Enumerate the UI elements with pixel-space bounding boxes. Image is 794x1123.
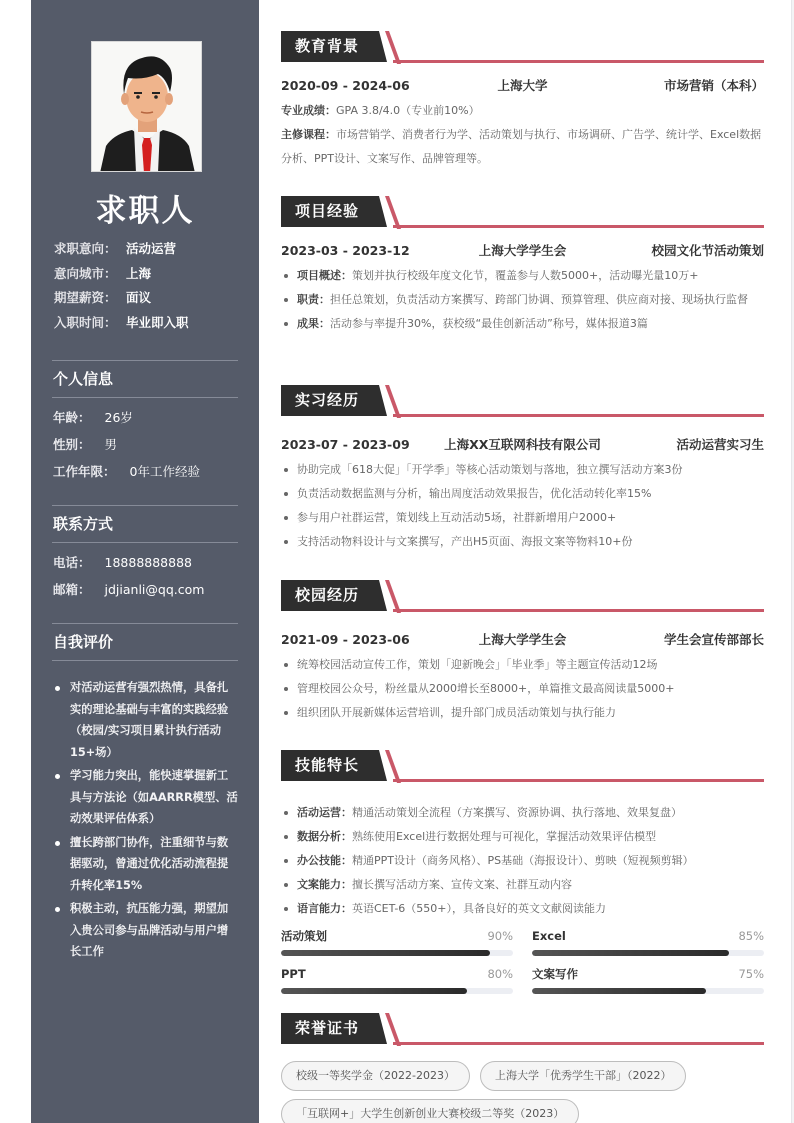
section-title: 联系方式 [52, 506, 238, 542]
entry-date: 2023-07 - 2023-09 [281, 434, 423, 456]
personal-info-section: 个人信息 年龄：26岁 性别：男 工作年限：0年工作经验 [52, 360, 238, 485]
skill-bar: 文案写作75% [532, 965, 764, 1003]
entry-header: 2023-07 - 2023-09 上海XX互联网科技有限公司 活动运营实习生 [281, 434, 764, 456]
item-text: 英语CET-6（550+），具备良好的英文文献阅读能力 [352, 902, 606, 915]
avatar-illustration-icon [92, 42, 202, 172]
info-label: 工作年限： [53, 458, 116, 485]
skill-percent: 75% [738, 965, 764, 983]
section-title: 教育背景 [295, 31, 359, 62]
entry-org: 上海XX互联网科技有限公司 [423, 434, 622, 456]
list-item: 管理校园公众号，粉丝量从2000增长至8000+，单篇推文最高阅读量5000+ [281, 677, 764, 701]
email-value[interactable]: jdjianli@qq.com [105, 576, 205, 603]
progress-track [532, 988, 764, 994]
intent-label: 求职意向： [54, 237, 126, 262]
list-item: 成果：活动参与率提升30%，获校级“最佳创新活动”称号，媒体报道3篇 [281, 312, 764, 336]
phone-value[interactable]: 18888888888 [105, 549, 192, 576]
list-item: 组织团队开展新媒体运营培训，提升部门成员活动策划与执行能力 [281, 701, 764, 725]
section-title: 项目经验 [295, 196, 359, 227]
skill-bar: PPT80% [281, 965, 513, 1003]
section-title: 实习经历 [295, 385, 359, 416]
list-item: 支持活动物料设计与文案撰写，产出H5页面、海报文案等物料10+份 [281, 530, 764, 554]
info-value: 男 [105, 431, 118, 458]
skill-bar: 活动策划90% [281, 927, 513, 965]
section-title: 荣誉证书 [295, 1013, 359, 1044]
self-evaluation-list: 对活动运营有强烈热情，具备扎实的理论基础与丰富的实践经验（校园/实习项目累计执行… [52, 661, 238, 963]
honor-tag: 「互联网+」大学生创新创业大赛校级二等奖（2023） [281, 1099, 579, 1123]
intent-row: 意向城市：上海 [54, 262, 189, 287]
list-item: 文案能力：擅长撰写活动方案、宣传文案、社群互动内容 [281, 873, 764, 897]
candidate-name: 求职人 [31, 185, 259, 230]
list-item: 负责活动数据监测与分析，输出周度活动效果报告，优化活动转化率15% [281, 482, 764, 506]
section-header: 教育背景 [281, 31, 764, 62]
item-label: 职责： [297, 293, 330, 306]
intent-value: 毕业即入职 [126, 311, 189, 336]
intent-label: 意向城市： [54, 262, 126, 287]
item-label: 成果： [297, 317, 330, 330]
intent-value: 面议 [126, 286, 151, 311]
contact-label: 邮箱： [53, 576, 91, 603]
intent-value: 上海 [126, 262, 151, 287]
contact-row-phone: 电话：18888888888 [52, 549, 238, 576]
list-item: 统筹校园活动宣传工作，策划「迎新晚会」「毕业季」等主题宣传活动12场 [281, 653, 764, 677]
header-line [393, 60, 764, 63]
gpa-label: 专业成绩： [281, 104, 336, 117]
item-label: 办公技能： [297, 854, 352, 867]
entry-major: 市场营销（本科） [603, 75, 764, 97]
progress-track [281, 950, 513, 956]
job-intent: 求职意向：活动运营 意向城市：上海 期望薪资：面议 入职时间：毕业即入职 [54, 237, 189, 335]
entry-role: 校园文化节活动策划 [603, 240, 764, 262]
section-header: 项目经验 [281, 196, 764, 227]
project-section: 项目经验 2023-03 - 2023-12 上海大学学生会 校园文化节活动策划… [281, 196, 764, 336]
entry-date: 2023-03 - 2023-12 [281, 240, 442, 262]
courses-line: 主修课程：市场营销学、消费者行为学、活动策划与执行、市场调研、广告学、统计学、E… [281, 123, 764, 171]
item-text: 担任总策划，负责活动方案撰写、跨部门协调、预算管理、供应商对接、现场执行监督 [330, 293, 748, 306]
skill-percent: 90% [487, 927, 513, 945]
info-value: 0年工作经验 [130, 458, 200, 485]
avatar [91, 41, 202, 172]
progress-fill [532, 988, 706, 994]
intent-value: 活动运营 [126, 237, 176, 262]
skill-name: 文案写作 [532, 965, 578, 983]
list-item: 语言能力：英语CET-6（550+），具备良好的英文文献阅读能力 [281, 897, 764, 921]
campus-section: 校园经历 2021-09 - 2023-06 上海大学学生会 学生会宣传部部长 … [281, 580, 764, 725]
entry-org: 上海大学学生会 [442, 629, 603, 651]
list-item: 办公技能：精通PPT设计（商务风格）、PS基础（海报设计）、剪映（短视频剪辑） [281, 849, 764, 873]
entry-header: 2020-09 - 2024-06 上海大学 市场营销（本科） [281, 75, 764, 97]
list-item: 活动运营：精通活动策划全流程（方案撰写、资源协调、执行落地、效果复盘） [281, 801, 764, 825]
list-item: 学习能力突出，能快速掌握新工具与方法论（如AARRR模型、活动效果评估体系） [52, 765, 238, 830]
campus-list: 统筹校园活动宣传工作，策划「迎新晚会」「毕业季」等主题宣传活动12场 管理校园公… [281, 653, 764, 725]
entry-role: 学生会宣传部部长 [603, 629, 764, 651]
item-text: 精通活动策划全流程（方案撰写、资源协调、执行落地、效果复盘） [352, 806, 682, 819]
list-item: 职责：担任总策划，负责活动方案撰写、跨部门协调、预算管理、供应商对接、现场执行监… [281, 288, 764, 312]
entry-date: 2020-09 - 2024-06 [281, 75, 442, 97]
entry-header: 2023-03 - 2023-12 上海大学学生会 校园文化节活动策划 [281, 240, 764, 262]
honor-tag: 上海大学「优秀学生干部」（2022） [480, 1061, 687, 1091]
progress-fill [532, 950, 729, 956]
section-header: 技能特长 [281, 750, 764, 781]
item-text: 活动参与率提升30%，获校级“最佳创新活动”称号，媒体报道3篇 [330, 317, 648, 330]
section-title: 技能特长 [295, 750, 359, 781]
item-text: 熟练使用Excel进行数据处理与可视化，掌握活动效果评估模型 [352, 830, 656, 843]
section-header: 实习经历 [281, 385, 764, 416]
skills-list: 活动运营：精通活动策划全流程（方案撰写、资源协调、执行落地、效果复盘） 数据分析… [281, 801, 764, 921]
skill-bar: Excel85% [532, 927, 764, 965]
header-line [393, 1042, 764, 1045]
list-item: 项目概述：策划并执行校级年度文化节，覆盖参与人数5000+，活动曝光量10万+ [281, 264, 764, 288]
skill-percent: 85% [738, 927, 764, 945]
intent-row: 入职时间：毕业即入职 [54, 311, 189, 336]
contact-section: 联系方式 电话：18888888888 邮箱：jdjianli@qq.com [52, 505, 238, 603]
section-title: 校园经历 [295, 580, 359, 611]
intent-label: 入职时间： [54, 311, 126, 336]
project-list: 项目概述：策划并执行校级年度文化节，覆盖参与人数5000+，活动曝光量10万+ … [281, 264, 764, 336]
info-row: 性别：男 [52, 431, 238, 458]
list-item: 对活动运营有强烈热情，具备扎实的理论基础与丰富的实践经验（校园/实习项目累计执行… [52, 677, 238, 763]
honors-section: 荣誉证书 校级一等奖学金（2022-2023） 上海大学「优秀学生干部」（202… [281, 1013, 764, 1123]
skill-bars: 活动策划90% Excel85% PPT80% 文案写作75% [281, 927, 764, 1003]
internship-section: 实习经历 2023-07 - 2023-09 上海XX互联网科技有限公司 活动运… [281, 385, 764, 554]
entry-header: 2021-09 - 2023-06 上海大学学生会 学生会宣传部部长 [281, 629, 764, 651]
entry-org: 上海大学学生会 [442, 240, 603, 262]
internship-list: 协助完成「618大促」「开学季」等核心活动策划与落地，独立撰写活动方案3份 负责… [281, 458, 764, 554]
item-text: 擅长撰写活动方案、宣传文案、社群互动内容 [352, 878, 572, 891]
entry-role: 活动运营实习生 [622, 434, 764, 456]
item-label: 文案能力： [297, 878, 352, 891]
info-label: 年龄： [53, 404, 91, 431]
header-line [393, 609, 764, 612]
section-header: 荣誉证书 [281, 1013, 764, 1044]
info-value: 26岁 [105, 404, 133, 431]
item-label: 数据分析： [297, 830, 352, 843]
section-header: 校园经历 [281, 580, 764, 611]
intent-row: 期望薪资：面议 [54, 286, 189, 311]
item-text: 精通PPT设计（商务风格）、PS基础（海报设计）、剪映（短视频剪辑） [352, 854, 694, 867]
skill-name: Excel [532, 927, 566, 945]
skill-name: 活动策划 [281, 927, 327, 945]
item-label: 活动运营： [297, 806, 352, 819]
gpa-value: GPA 3.8/4.0（专业前10%） [336, 104, 480, 117]
intent-row: 求职意向：活动运营 [54, 237, 189, 262]
courses-label: 主修课程： [281, 128, 336, 141]
list-item: 数据分析：熟练使用Excel进行数据处理与可视化，掌握活动效果评估模型 [281, 825, 764, 849]
list-item: 积极主动，抗压能力强，期望加入贵公司参与品牌活动与用户增长工作 [52, 898, 238, 963]
gpa-line: 专业成绩：GPA 3.8/4.0（专业前10%） [281, 99, 764, 123]
honors-list: 校级一等奖学金（2022-2023） 上海大学「优秀学生干部」（2022） 「互… [281, 1061, 764, 1123]
header-line [393, 779, 764, 782]
contact-label: 电话： [53, 549, 91, 576]
progress-track [532, 950, 764, 956]
skills-section: 技能特长 活动运营：精通活动策划全流程（方案撰写、资源协调、执行落地、效果复盘）… [281, 750, 764, 1003]
list-item: 协助完成「618大促」「开学季」等核心活动策划与落地，独立撰写活动方案3份 [281, 458, 764, 482]
list-item: 擅长跨部门协作，注重细节与数据驱动，曾通过优化活动流程提升转化率15% [52, 832, 238, 897]
skill-name: PPT [281, 965, 306, 983]
item-label: 项目概述： [297, 269, 352, 282]
section-title: 个人信息 [52, 361, 238, 397]
progress-fill [281, 988, 467, 994]
section-title: 自我评价 [52, 624, 238, 660]
courses-value: 市场营销学、消费者行为学、活动策划与执行、市场调研、广告学、统计学、Excel数… [281, 128, 761, 165]
intent-label: 期望薪资： [54, 286, 126, 311]
info-label: 性别： [53, 431, 91, 458]
sidebar: 求职人 求职意向：活动运营 意向城市：上海 期望薪资：面议 入职时间：毕业即入职… [31, 0, 259, 1123]
entry-date: 2021-09 - 2023-06 [281, 629, 442, 651]
resume-page: 求职人 求职意向：活动运营 意向城市：上海 期望薪资：面议 入职时间：毕业即入职… [0, 0, 792, 1123]
list-item: 参与用户社群运营，策划线上互动活动5场，社群新增用户2000+ [281, 506, 764, 530]
header-line [393, 414, 764, 417]
education-section: 教育背景 2020-09 - 2024-06 上海大学 市场营销（本科） 专业成… [281, 31, 764, 171]
progress-fill [281, 950, 490, 956]
header-line [393, 225, 764, 228]
progress-track [281, 988, 513, 994]
entry-school: 上海大学 [442, 75, 603, 97]
honor-tag: 校级一等奖学金（2022-2023） [281, 1061, 470, 1091]
skill-percent: 80% [487, 965, 513, 983]
contact-row-email: 邮箱：jdjianli@qq.com [52, 576, 238, 603]
item-label: 语言能力： [297, 902, 352, 915]
info-row: 年龄：26岁 [52, 404, 238, 431]
item-text: 策划并执行校级年度文化节，覆盖参与人数5000+，活动曝光量10万+ [352, 269, 698, 282]
info-row: 工作年限：0年工作经验 [52, 458, 238, 485]
self-evaluation-section: 自我评价 对活动运营有强烈热情，具备扎实的理论基础与丰富的实践经验（校园/实习项… [52, 623, 238, 965]
